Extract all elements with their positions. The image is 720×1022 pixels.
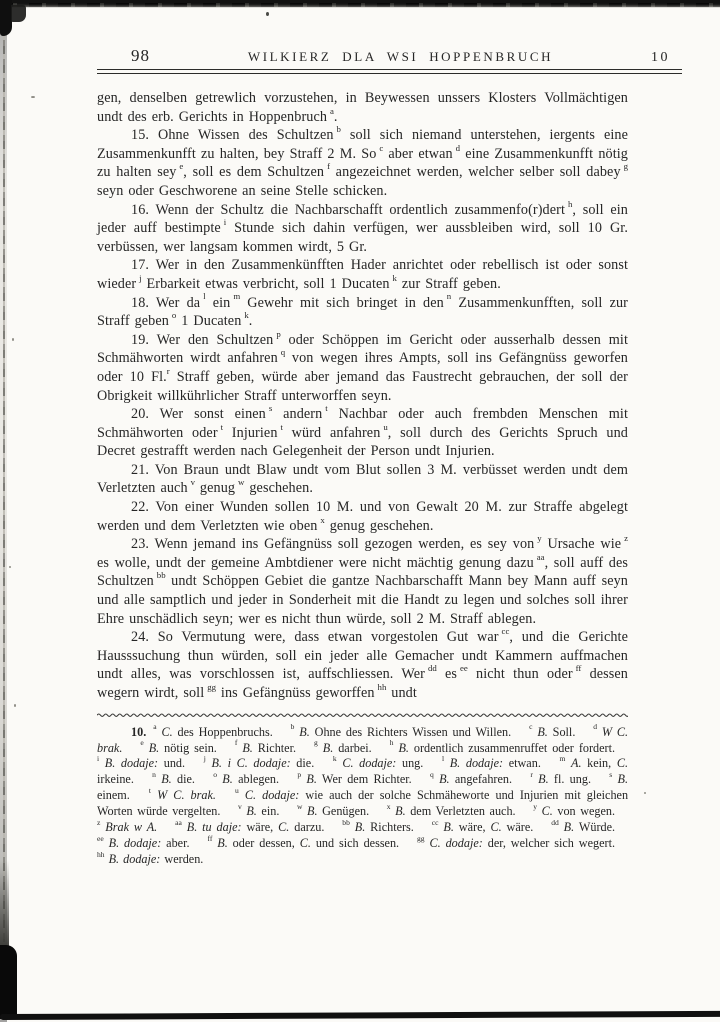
scan-blob-top-left-mark	[11, 5, 26, 22]
footnote-letter: t	[149, 786, 151, 795]
siglum: B.	[217, 836, 228, 850]
footnote-letter: aa	[175, 818, 182, 827]
footnote-entry: hh B. dodaje: werden.	[97, 852, 203, 866]
running-title: WILKIERZ DLA WSI HOPPENBRUCH	[248, 49, 553, 65]
footnote-marker: hh	[378, 682, 387, 692]
siglum: B.	[538, 772, 549, 786]
footnote-marker: ff	[576, 663, 582, 673]
footnote-letter: j	[204, 754, 206, 763]
footnote-entry: l B. dodaje: etwan.	[442, 756, 541, 770]
body-paragraph: 17. Wer in den Zusammenkünfften Hader an…	[97, 256, 628, 293]
footnote-marker: o	[172, 310, 176, 320]
siglum: B. i C. dodaje:	[211, 756, 290, 770]
footnote-letter: hh	[97, 850, 105, 859]
footnote-marker: l	[203, 291, 205, 301]
footnote-separator-path	[97, 714, 628, 716]
footnote-marker: y	[537, 533, 541, 543]
scan-blob-bottom-left	[0, 945, 17, 1019]
footnote-letter: gg	[417, 834, 425, 843]
siglum: C.	[617, 756, 628, 770]
footnote-entry: g B. darbei.	[314, 741, 372, 755]
footnote-marker: n	[447, 291, 451, 301]
footnote-marker: aa	[537, 552, 545, 562]
siglum: C.	[161, 725, 172, 739]
footnote-marker: p	[276, 329, 280, 339]
scanned-book-page: 98 WILKIERZ DLA WSI HOPPENBRUCH 10 gen, …	[0, 0, 720, 1022]
siglum: B.	[564, 820, 575, 834]
siglum: C.	[490, 820, 501, 834]
footnote-letter: x	[387, 802, 391, 811]
body-paragraph: 19. Wer den Schultzen p oder Schöppen im…	[97, 331, 628, 405]
footnote-entry: gg C. dodaje: der, welcher sich wegert.	[417, 836, 615, 850]
scan-speckle	[31, 96, 35, 98]
footnote-marker: t	[325, 403, 327, 413]
footnote-marker: m	[233, 291, 240, 301]
footnote-letter: f	[235, 738, 238, 747]
footnote-marker: h	[568, 199, 572, 209]
siglum: B.	[398, 741, 409, 755]
siglum: B.	[246, 804, 257, 818]
body-paragraph: 18. Wer da l ein m Gewehr mit sich bring…	[97, 294, 628, 331]
body-paragraph: 22. Von einer Wunden sollen 10 M. und vo…	[97, 498, 628, 535]
footnote-marker: t	[280, 422, 282, 432]
footnote-marker: i	[224, 217, 226, 227]
footnote-marker: j	[139, 273, 141, 283]
footnote-letter: k	[333, 754, 337, 763]
siglum: B.	[618, 772, 629, 786]
footnote-marker: v	[191, 477, 195, 487]
siglum: C. dodaje:	[245, 788, 299, 802]
siglum: B.	[355, 820, 366, 834]
siglum: B.	[307, 804, 318, 818]
footnote-entry: o B. ablegen.	[213, 772, 279, 786]
body-paragraph: 15. Ohne Wissen des Schultzen b soll sic…	[97, 126, 628, 200]
body-paragraph: 16. Wenn der Schultz die Nachbarschafft …	[97, 201, 628, 257]
footnote-letter: ee	[97, 834, 104, 843]
siglum: A.	[571, 756, 582, 770]
footnote-marker: gg	[207, 682, 216, 692]
footnote-marker: g	[624, 161, 628, 171]
footnote-entry: aa B. tu daje: wäre, C. darzu.	[175, 820, 324, 834]
footnote-marker: bb	[157, 570, 166, 580]
footnote-entry: t W C. brak.	[149, 788, 216, 802]
footnote-entry: e B. nötig sein.	[140, 741, 217, 755]
footnote-letter: n	[152, 770, 156, 779]
footnote-entry: dd B. Würde.	[551, 820, 615, 834]
footnote-entry: p B. Wer dem Richter.	[297, 772, 411, 786]
page-content: 98 WILKIERZ DLA WSI HOPPENBRUCH 10 gen, …	[97, 46, 682, 868]
siglum: B.	[149, 741, 160, 755]
footnote-entry: h B. ordentlich zusammenruffet oder ford…	[390, 741, 615, 755]
footnote-letter: s	[609, 770, 612, 779]
footnote-marker: q	[281, 347, 285, 357]
footnote-marker: f	[327, 161, 330, 171]
footnote-marker: ee	[460, 663, 468, 673]
footnote-letter: w	[297, 802, 302, 811]
footnote-marker: x	[320, 515, 324, 525]
siglum: B.	[537, 725, 548, 739]
footnote-letter: d	[593, 722, 597, 731]
footnote-separator	[97, 712, 628, 718]
footnote-letter: h	[390, 738, 394, 747]
siglum: B.	[222, 772, 233, 786]
footnote-letter: a	[153, 722, 156, 731]
footnote-letter: bb	[342, 818, 350, 827]
footnote-marker: b	[337, 124, 341, 134]
footnote-letter: cc	[432, 818, 439, 827]
siglum: B. dodaje:	[450, 756, 503, 770]
siglum: B. tu daje:	[187, 820, 242, 834]
footnote-number: 10.	[131, 725, 146, 739]
page-number-right: 10	[651, 50, 682, 66]
footnote-letter: o	[213, 770, 217, 779]
scan-speckle	[14, 704, 16, 707]
scan-edge-bottom	[0, 1011, 720, 1020]
footnote-entry: r B. fl. ung.	[530, 772, 591, 786]
page-number-left: 98	[97, 46, 150, 66]
footnote-letter: ff	[207, 834, 212, 843]
footnote-entry: i B. dodaje: und.	[97, 756, 185, 770]
footnote-marker: cc	[502, 626, 510, 636]
body-paragraph: 21. Von Braun undt Blaw undt vom Blut so…	[97, 461, 628, 498]
footnote-marker: a	[330, 106, 334, 116]
footnote-entry: f B. Richter.	[235, 741, 296, 755]
siglum: B.	[242, 741, 253, 755]
scan-edge-top-ragged	[0, 3, 720, 7]
scan-speckle	[12, 338, 14, 341]
siglum: B.	[306, 772, 317, 786]
footnote-marker: u	[383, 422, 387, 432]
footnote-marker: s	[269, 403, 272, 413]
footnote-entry: v B. ein.	[238, 804, 279, 818]
scan-blob-bottom-left-fade	[0, 860, 9, 950]
siglum: B.	[439, 772, 450, 786]
siglum: B. dodaje:	[109, 836, 162, 850]
footnote-letter: l	[442, 754, 444, 763]
footnote-entry: a C. des Hoppenbruchs.	[153, 725, 273, 739]
siglum: B. dodaje:	[105, 756, 158, 770]
footnote-letter: g	[314, 738, 318, 747]
footnote-letter: m	[560, 754, 566, 763]
footnote-marker: d	[456, 143, 460, 153]
footnote-letter: p	[297, 770, 301, 779]
footnote-entry: w B. Genügen.	[297, 804, 369, 818]
siglum: C.	[542, 804, 553, 818]
footnote-letter: v	[238, 802, 242, 811]
footnote-marker: dd	[428, 663, 437, 673]
footnote-entry: b B. Ohne des Richters Wissen und Willen…	[291, 725, 512, 739]
footnote-entry: k C. dodaje: ung.	[333, 756, 423, 770]
body-paragraph: gen, denselben getrewlich vorzustehen, i…	[97, 89, 628, 126]
page-header: 98 WILKIERZ DLA WSI HOPPENBRUCH 10	[97, 46, 682, 66]
body-paragraph: 23. Wenn jemand ins Gefängnüss soll gezo…	[97, 535, 628, 628]
footnote-marker: c	[379, 143, 383, 153]
footnote-entry: x B. dem Verletzten auch.	[387, 804, 516, 818]
siglum: W C. brak.	[157, 788, 216, 802]
footnote-marker: w	[238, 477, 244, 487]
body-text: gen, denselben getrewlich vorzustehen, i…	[97, 89, 628, 703]
footnote-entry: ee B. dodaje: aber.	[97, 836, 190, 850]
footnote-letter: b	[291, 722, 295, 731]
footnote-marker: k	[244, 310, 248, 320]
footnote-marker: k	[393, 273, 397, 283]
footnote-entry: z Brak w A.	[97, 820, 157, 834]
footnote-letter: e	[140, 738, 143, 747]
siglum: B.	[299, 725, 310, 739]
footnote-letter: y	[533, 802, 537, 811]
footnote-entry: bb B. Richters.	[342, 820, 414, 834]
siglum: C.	[278, 820, 289, 834]
siglum: Brak w A.	[105, 820, 157, 834]
siglum: C. dodaje:	[430, 836, 483, 850]
footnote-letter: c	[529, 722, 532, 731]
scan-edge-left-line	[3, 8, 5, 942]
siglum: B.	[395, 804, 406, 818]
scan-speckle	[266, 12, 269, 16]
footnote-marker: z	[624, 533, 628, 543]
body-paragraph: 20. Wer sonst einen s andern t Nachbar o…	[97, 405, 628, 461]
footnote-marker: r	[167, 366, 170, 376]
footnote-marker: e	[179, 161, 183, 171]
siglum: B.	[443, 820, 454, 834]
footnote-entry: n B. die.	[152, 772, 195, 786]
footnote-entry: q B. angefahren.	[430, 772, 512, 786]
siglum: C. dodaje:	[342, 756, 396, 770]
siglum: B.	[323, 741, 334, 755]
footnote-entry: j B. i C. dodaje: die.	[204, 756, 315, 770]
footnote-letter: q	[430, 770, 434, 779]
footnote-letter: dd	[551, 818, 559, 827]
footnotes-text: 10.a C. des Hoppenbruchs. b B. Ohne des …	[97, 725, 628, 868]
siglum: B. dodaje:	[109, 852, 161, 866]
footnote-entry: cc B. wäre, C. wäre.	[432, 820, 534, 834]
body-paragraph: 24. So Vermutung were, dass etwan vorges…	[97, 628, 628, 702]
footnote-entry: y C. von wegen.	[533, 804, 615, 818]
footnote-letter: r	[530, 770, 533, 779]
footnote-marker: t	[221, 422, 223, 432]
footnote-letter: z	[97, 818, 100, 827]
siglum: B.	[161, 772, 172, 786]
footnote-entry: ff B. oder dessen, C. und sich dessen.	[207, 836, 399, 850]
footnote-letter: u	[235, 786, 239, 795]
footnote-entry: c B. Soll.	[529, 725, 575, 739]
siglum: C.	[300, 836, 311, 850]
scan-speckle	[9, 566, 11, 568]
header-double-rule	[97, 69, 682, 74]
footnote-letter: i	[97, 754, 99, 763]
